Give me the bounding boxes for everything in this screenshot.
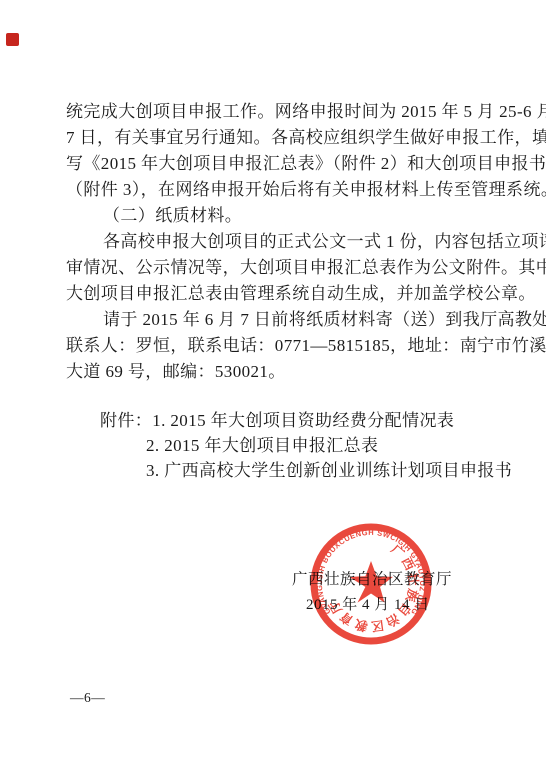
body-line: （二）纸质材料。 bbox=[66, 203, 486, 229]
attachment-item: 2. 2015 年大创项目申报汇总表 bbox=[100, 433, 512, 458]
body-line: 审情况、公示情况等，大创项目申报汇总表作为公文附件。其中， bbox=[66, 255, 486, 281]
document-page: 统完成大创项目申报工作。网络申报时间为 2015 年 5 月 25-6 月 7 … bbox=[0, 0, 546, 772]
body-line: 请于 2015 年 6 月 7 日前将纸质材料寄（送）到我厅高教处， bbox=[66, 307, 486, 333]
attachment-line: 附件：1. 2015 年大创项目资助经费分配情况表 bbox=[100, 408, 512, 433]
red-corner-marker-icon bbox=[6, 33, 19, 46]
attachment-item: 1. 2015 年大创项目资助经费分配情况表 bbox=[152, 411, 454, 430]
body-line: 7 日，有关事宜另行通知。各高校应组织学生做好申报工作，填 bbox=[66, 125, 486, 151]
page-number: —6— bbox=[70, 690, 105, 706]
body-line: （附件 3），在网络申报开始后将有关申报材料上传至管理系统。 bbox=[66, 177, 486, 203]
attachments-block: 附件：1. 2015 年大创项目资助经费分配情况表 2. 2015 年大创项目申… bbox=[100, 408, 512, 483]
body-line: 各高校申报大创项目的正式公文一式 1 份，内容包括立项评 bbox=[66, 229, 486, 255]
attachment-item: 3. 广西高校大学生创新创业训练计划项目申报书 bbox=[100, 458, 512, 483]
official-seal: GVANGJSIH BOUXCUENGH SWCIGIH GYAUYUZ DIN… bbox=[308, 521, 434, 647]
body-line: 大创项目申报汇总表由管理系统自动生成，并加盖学校公章。 bbox=[66, 281, 486, 307]
body-line: 联系人：罗恒，联系电话：0771—5815185，地址：南宁市竹溪 bbox=[66, 333, 486, 359]
body-line: 统完成大创项目申报工作。网络申报时间为 2015 年 5 月 25-6 月 bbox=[66, 99, 486, 125]
body-line: 大道 69 号，邮编：530021。 bbox=[66, 359, 486, 385]
document-body: 统完成大创项目申报工作。网络申报时间为 2015 年 5 月 25-6 月 7 … bbox=[66, 99, 486, 385]
body-line: 写《2015 年大创项目申报汇总表》（附件 2）和大创项目申报书 bbox=[66, 151, 486, 177]
seal-star-icon bbox=[349, 561, 393, 603]
attachments-label: 附件： bbox=[100, 411, 152, 430]
